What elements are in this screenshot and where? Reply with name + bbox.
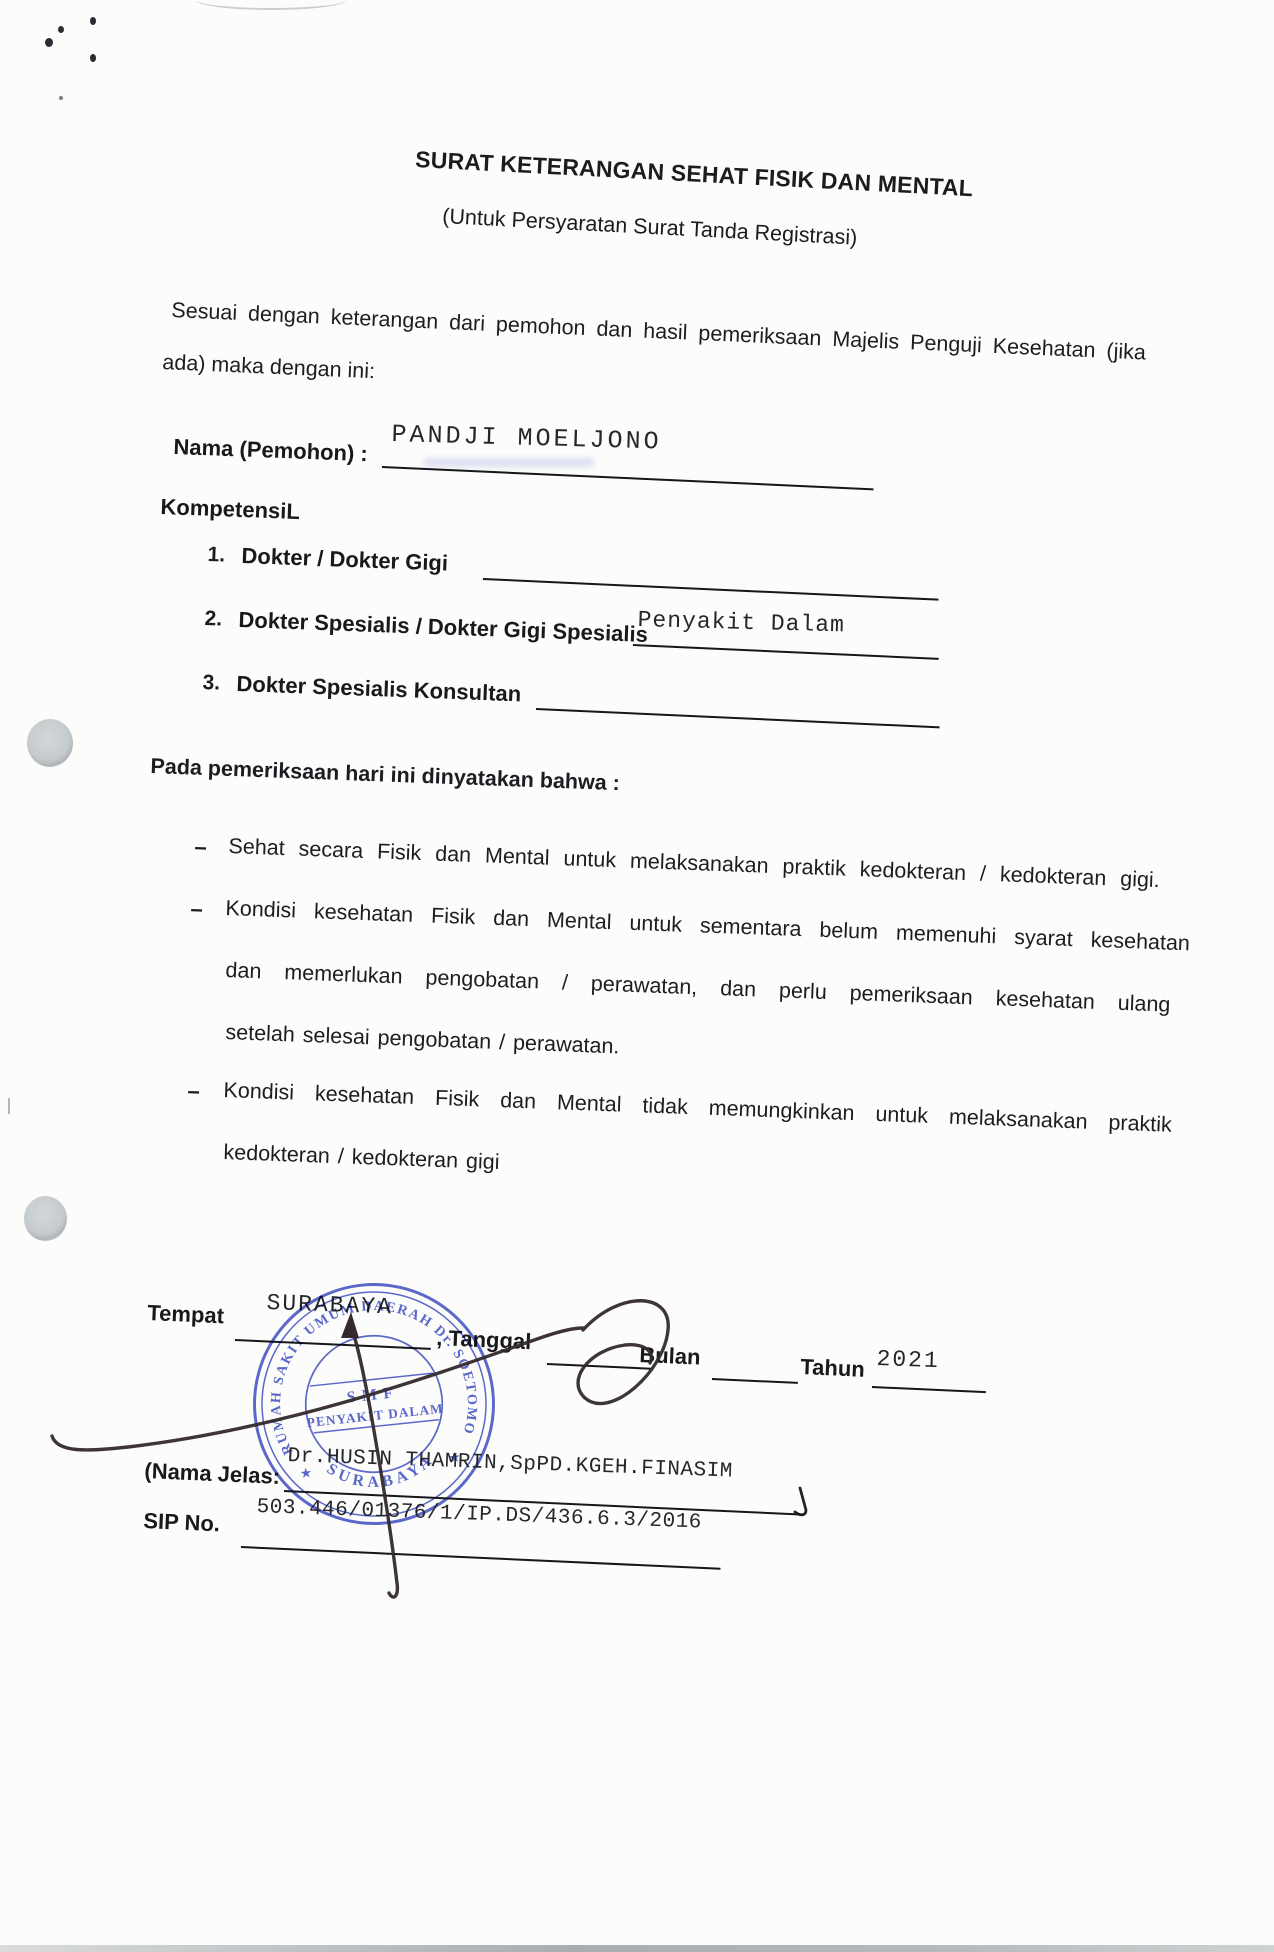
- tanggal-underline: [547, 1363, 651, 1370]
- sip-label: SIP No.: [143, 1508, 221, 1537]
- sip-underline: [241, 1546, 721, 1570]
- name-value: PANDJI MOELJONO: [391, 420, 662, 457]
- staple-speck: [45, 38, 53, 47]
- statement-line: dan memerlukan pengobatan / perawatan, d…: [225, 958, 1171, 1018]
- list-item-label: Dokter Spesialis / Dokter Gigi Spesialis: [238, 607, 648, 648]
- bulan-label: Bulan: [639, 1342, 701, 1371]
- list-item-label: Dokter Spesialis Konsultan: [236, 671, 522, 707]
- hole-punch: [24, 1196, 67, 1241]
- statement-line: Kondisi kesehatan Fisik dan Mental tidak…: [223, 1078, 1172, 1138]
- statement-line: Kondisi kesehatan Fisik dan Mental untuk…: [225, 896, 1190, 956]
- list-item-value: Penyakit Dalam: [637, 607, 845, 638]
- staple-speck: [90, 17, 96, 25]
- statement-line: Sehat secara Fisik dan Mental untuk mela…: [228, 834, 1160, 893]
- staple-speck: [90, 54, 96, 62]
- hole-punch: [27, 719, 73, 767]
- tahun-value: 2021: [876, 1346, 940, 1374]
- tahun-underline: [872, 1386, 986, 1393]
- name-underline: [382, 466, 874, 490]
- page-subtitle: (Untuk Persyaratan Surat Tanda Registras…: [442, 204, 858, 251]
- name-label: Nama (Pemohon) :: [173, 434, 368, 467]
- dash-bullet: –: [190, 896, 203, 922]
- list-number: 3.: [202, 671, 220, 696]
- page-bottom-shadow: [0, 1945, 1274, 1952]
- statement-heading: Pada pemeriksaan hari ini dinyatakan bah…: [150, 754, 620, 796]
- ink-smudge: [424, 458, 594, 467]
- list-number: 2.: [204, 607, 222, 632]
- intro-line-2: ada) maka dengan ini:: [162, 350, 376, 384]
- list-number: 1.: [207, 543, 225, 568]
- list-item-label: Dokter / Dokter Gigi: [241, 543, 448, 577]
- stamp-center-line1: SMF: [346, 1384, 400, 1406]
- statement-line: kedokteran / kedokteran gigi: [223, 1140, 500, 1175]
- kompetensi-heading: KompetensiL: [160, 494, 300, 525]
- page-title: SURAT KETERANGAN SEHAT FISIK DAN MENTAL: [415, 146, 974, 202]
- statement-line: setelah selesai pengobatan / perawatan.: [225, 1020, 620, 1059]
- tahun-label: Tahun: [800, 1354, 865, 1383]
- bulan-underline: [712, 1378, 798, 1384]
- list-item-underline: [633, 644, 939, 660]
- list-item-underline: [536, 708, 940, 728]
- dash-bullet: –: [187, 1078, 200, 1104]
- intro-line-1: Sesuai dengan keterangan dari pemohon da…: [171, 298, 1146, 366]
- nama-jelas-label: (Nama Jelas:: [144, 1458, 281, 1490]
- staple-speck: [59, 96, 63, 100]
- staple-speck: [58, 26, 64, 33]
- list-item-underline: [483, 578, 939, 601]
- dash-bullet: –: [194, 834, 207, 860]
- scan-mark: [8, 1098, 10, 1114]
- page-edge-shadow: [196, 0, 346, 10]
- tempat-label: Tempat: [147, 1300, 225, 1329]
